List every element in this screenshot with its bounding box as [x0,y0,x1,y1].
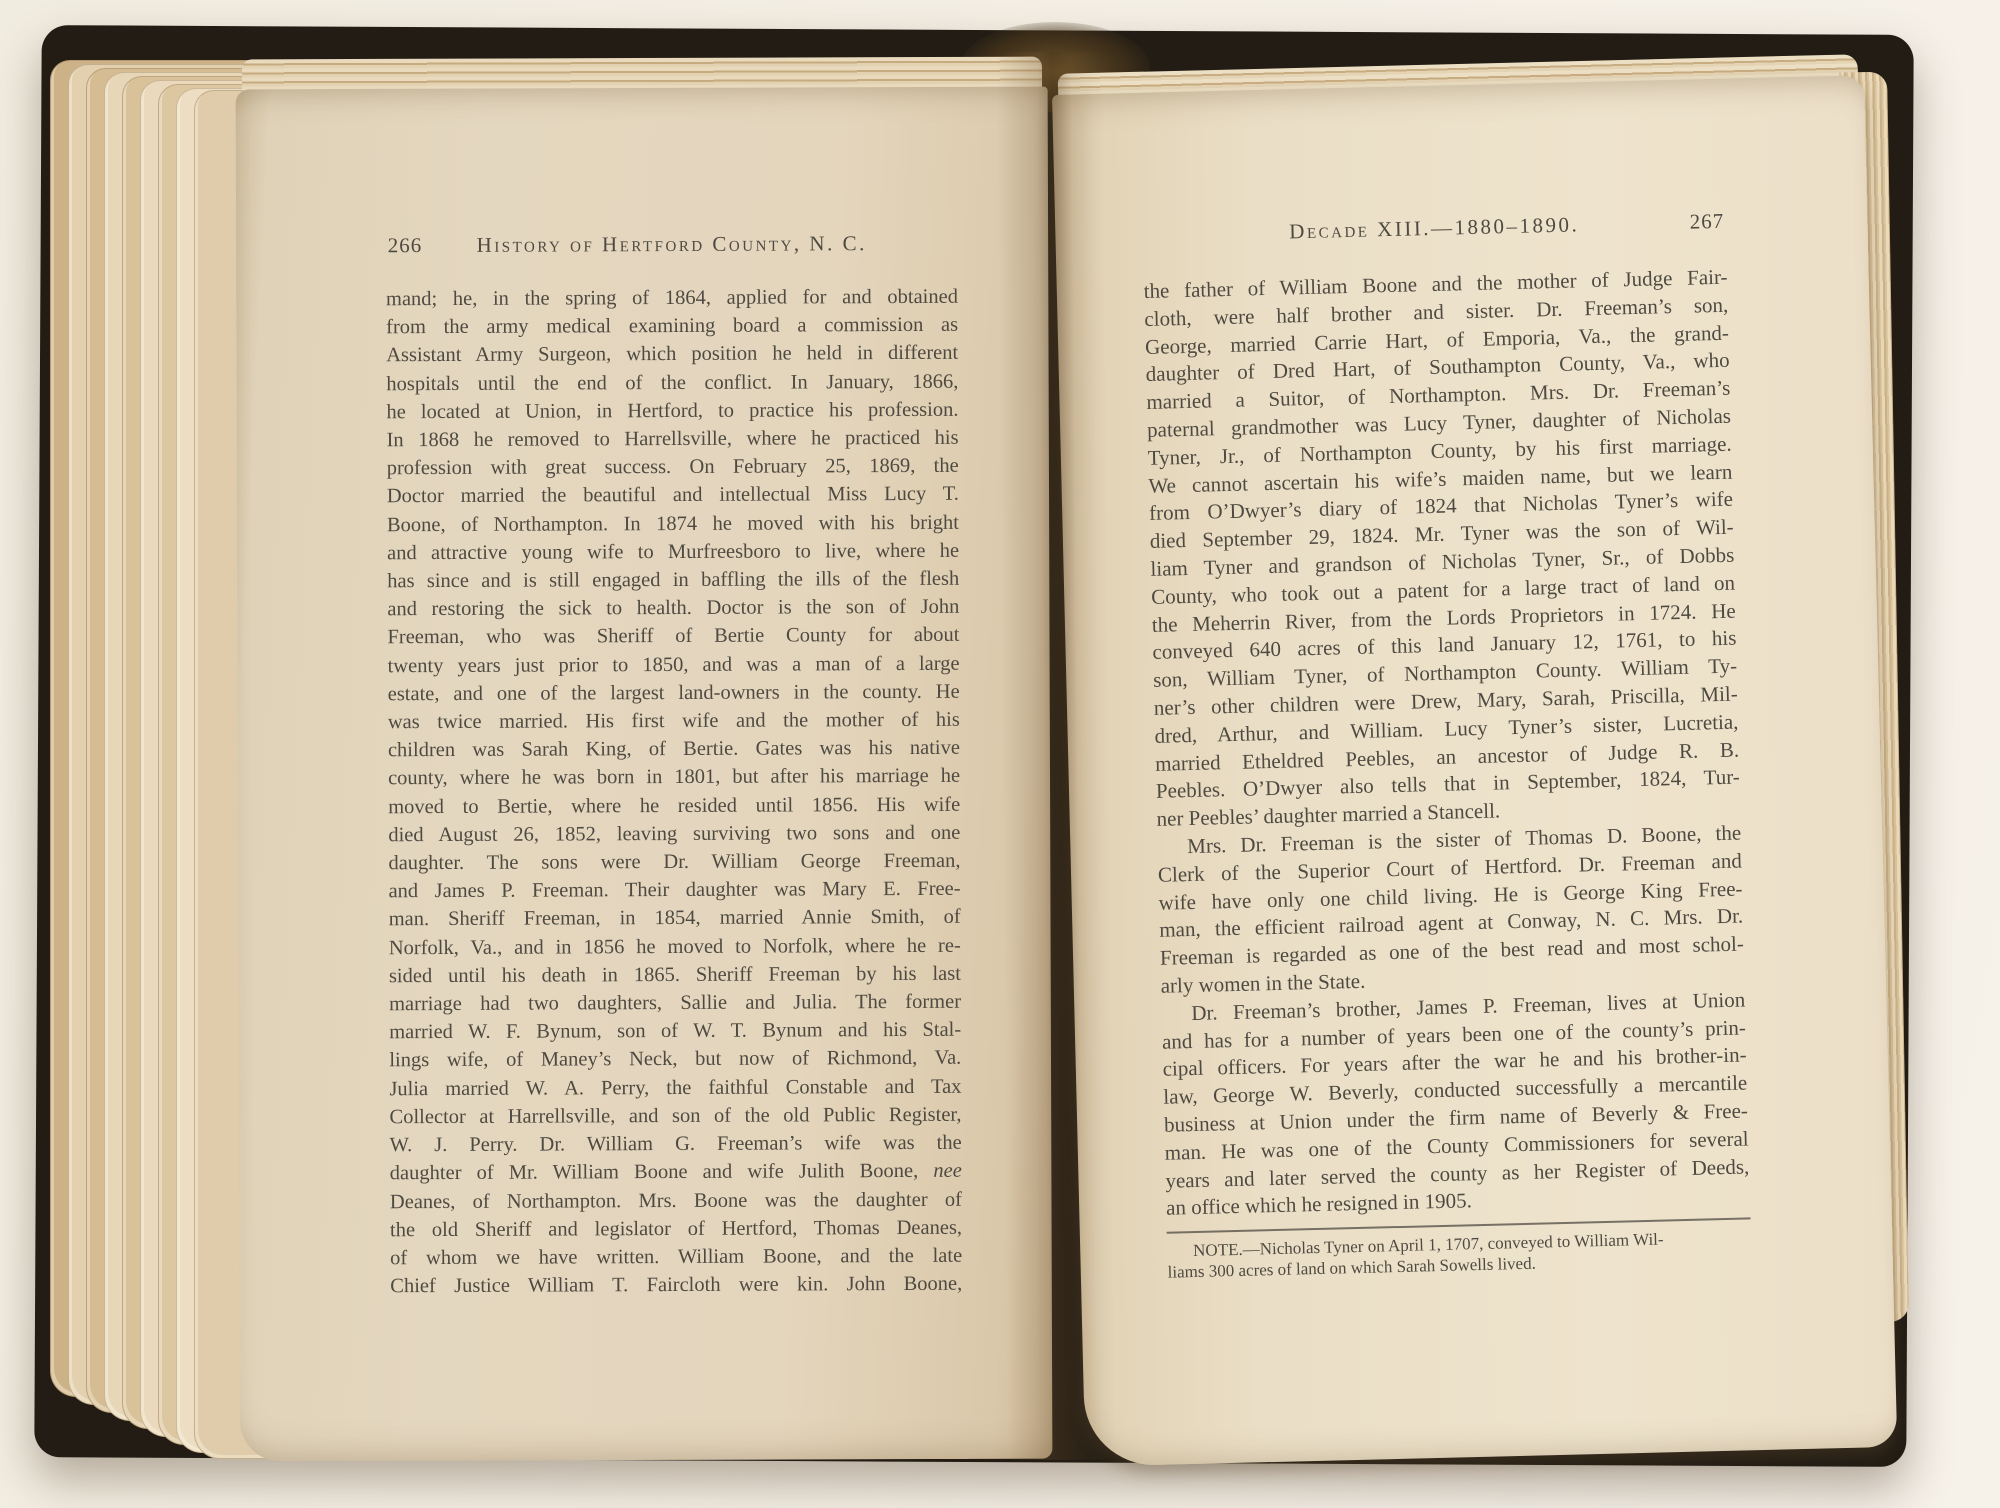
text-line: was twice married. His first wife and th… [388,706,960,737]
text-line: man. Sheriff Freeman, in 1854, married A… [389,903,961,934]
text-line: Collector at Harrellsville, and son of t… [389,1101,961,1132]
text-line: In 1868 he removed to Harrellsville, whe… [387,424,959,455]
text-line: Doctor married the beautiful and intelle… [387,480,959,511]
left-page-body: mand; he, in the spring of 1864, applied… [386,283,962,1301]
text-line: Assistant Army Surgeon, which position h… [386,339,958,370]
text-line: died August 26, 1852, leaving surviving … [388,819,960,850]
right-running-title: Decade XIII.—1880–1890. [1289,212,1580,243]
left-running-title: History of Hertford County, N. C. [477,231,867,257]
text-line: estate, and one of the largest land-owne… [388,678,960,709]
text-line: mand; he, in the spring of 1864, applied… [386,283,958,314]
text-line: of whom we have written. William Boone, … [390,1242,962,1273]
text-line: Julia married W. A. Perry, the faithful … [389,1072,961,1103]
text-line: Chief Justice William T. Faircloth were … [390,1270,962,1301]
text-line: married W. F. Bynum, son of W. T. Bynum … [389,1016,961,1047]
text-line: and restoring the sick to health. Doctor… [387,593,959,624]
paragraph: the father of William Boone and the moth… [1143,264,1740,834]
left-running-header: 266 History of Hertford County, N. C. [386,229,958,261]
text-line: he located at Union, in Hertford, to pra… [386,396,958,427]
text-line: hospitals until the end of the conflict.… [386,367,958,398]
left-page-content: 266 History of Hertford County, N. C. ma… [386,229,963,1301]
text-line: the old Sheriff and legislator of Hertfo… [390,1213,962,1244]
text-line: Deanes, of Northampton. Mrs. Boone was t… [390,1185,962,1216]
text-line: Norfolk, Va., and in 1856 he moved to No… [389,931,961,962]
right-page-number: 267 [1689,208,1724,237]
text-line: from the army medical examining board a … [386,311,958,342]
text-line: moved to Bertie, where he resided until … [388,790,960,821]
text-line: and James P. Freeman. Their daughter was… [388,875,960,906]
text-line: county, where he was born in 1801, but a… [388,762,960,793]
text-line: W. J. Perry. Dr. William G. Freeman’s wi… [390,1129,962,1160]
text-line: twenty years just prior to 1850, and was… [388,649,960,680]
text-line: marriage had two daughters, Sallie and J… [389,988,961,1019]
text-line: and attractive young wife to Murfreesbor… [387,537,959,568]
left-page-number: 266 [388,231,423,259]
right-page-content: Decade XIII.—1880–1890. 267 the father o… [1142,208,1752,1283]
book-photo: 266 History of Hertford County, N. C. ma… [0,0,2000,1508]
text-line: profession with great success. On Februa… [387,452,959,483]
paragraph: Mrs. Dr. Freeman is the sister of Thomas… [1157,819,1745,1000]
paragraph: mand; he, in the spring of 1864, applied… [386,283,962,1301]
text-line: lings wife, of Maney’s Neck, but now of … [389,1044,961,1075]
text-line: sided until his death in 1865. Sheriff F… [389,960,961,991]
text-line: has since and is still engaged in baffli… [387,565,959,596]
text-line: daughter. The sons were Dr. William Geor… [388,847,960,878]
paragraph: Dr. Freeman’s brother, James P. Freeman,… [1161,986,1750,1223]
text-line: daughter of Mr. William Boone and wife J… [390,1157,962,1188]
text-line: children was Sarah King, of Bertie. Gate… [388,734,960,765]
gutter-shadow [996,52,1116,1461]
text-line: Freeman, who was Sheriff of Bertie Count… [387,621,959,652]
text-line: Boone, of Northampton. In 1874 he moved … [387,508,959,539]
right-page-body: the father of William Boone and the moth… [1143,264,1750,1223]
